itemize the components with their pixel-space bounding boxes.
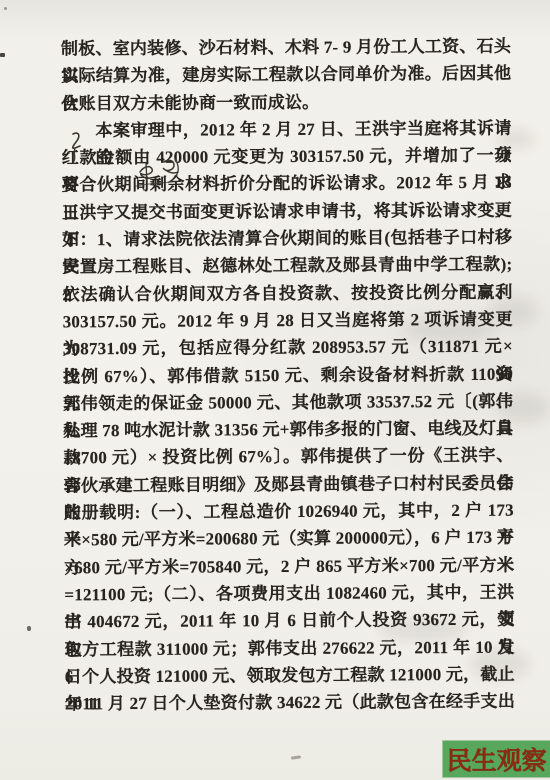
document-line: 王洪宇又提交书面变更诉讼请求申请书，将其诉讼请求变更如 [62, 196, 512, 226]
document-line: 303157.50 元。2012 年 9 月 28 日又当庭将第 2 项诉请变更… [63, 306, 513, 336]
document-line: 制板、室内装修、沙石材料、木料 7- 9 月份工人工资、石头以 [61, 33, 511, 63]
document-line: 出 404672 元，2011 年 10 月 6 日前个人投资 93672 元，… [64, 606, 514, 636]
document-line: 将合伙期间剩余材料折价分配的诉讼请求。2012 年 5 月 13 日、 [62, 169, 512, 199]
document-line: 日个人投资 121000 元、领取发包方工程款 121000 元，截止 2011 [65, 660, 515, 690]
scanned-document-page: 制板、室内装修、沙石材料、木料 7- 9 月份工人工资、石头以 实际结算为准，建… [0, 0, 550, 780]
document-line: 账册载明:（一）、工程总造价 1026940 元，其中，2 户 173 平方 [64, 497, 514, 527]
document-text: 制板、室内装修、沙石材料、木料 7- 9 月份工人工资、石头以 实际结算为准，建… [61, 33, 515, 718]
watermark-stamp: 民生观察 [443, 741, 550, 777]
ink-speck [0, 53, 5, 57]
document-line: ×680 元/平方米=705840 元，2 户 865 平方米×700 元/平方… [64, 551, 514, 581]
document-line: 合伙承建工程账目明细》及郧县青曲镇巷子口村村民委员会的 [64, 469, 514, 499]
document-line: 包方工程款 311000 元；郭伟支出 276622 元，2011 年 10 月… [65, 633, 515, 663]
document-line: 安置房工程账目、赵德林处工程款及郧县青曲中学工程款); 2、 [62, 251, 512, 281]
watermark-text: 民生观察 [446, 741, 546, 777]
document-line: 红款金额由 420000 元变更为 303157.50 元，并增加了一项要求 [62, 142, 512, 172]
document-line: 米×580 元/平方米=200680 元（实算 200000元），6 户 173… [64, 524, 514, 554]
document-line: 年 11 月 27 日个人垫资付款 34622 元（此款包含在经手支出 [65, 688, 515, 718]
document-line: 郭伟领走的保证金 50000 元、其他款项 33537.52 元〔(郭伟私自 [63, 387, 513, 417]
ink-speck [291, 755, 301, 759]
document-line: 伙账目双方未能协商一致而成讼。 [61, 87, 511, 117]
document-line: 实际结算为准，建房实际工程款以合同单价为准。后因其他合 [61, 60, 511, 90]
document-line: =121100 元;（二）、各项费用支出 1082460 元，其中，王洪宇支 [64, 579, 514, 609]
ink-speck [27, 626, 31, 631]
document-line: 比例 67%）、郭伟借款 5150 元、剩余设备材料折款 11090 元、 [63, 360, 513, 390]
document-line: 处理 78 吨水泥计款 31356 元+郭伟多报的门窗、电线及灯具款 [63, 415, 513, 445]
document-line: 本案审理中，2012 年 2 月 27 日、王洪宇当庭将其诉请的分 [61, 115, 511, 145]
document-line: 308731.09 元，包括应得分红款 208953.57 元（311871 元… [63, 333, 513, 363]
document-line: 依法确认合伙期间双方各自投资款、按投资比例分配赢利 [62, 278, 512, 308]
document-line: 18700 元）× 投资比例 67%〕。郭伟提供了一份《王洪宇、郭伟 [63, 442, 513, 472]
ink-speck [4, 7, 7, 10]
document-line: 下：1、请求法院依法清算合伙期间的账目(包括巷子口村移民 [62, 224, 512, 254]
